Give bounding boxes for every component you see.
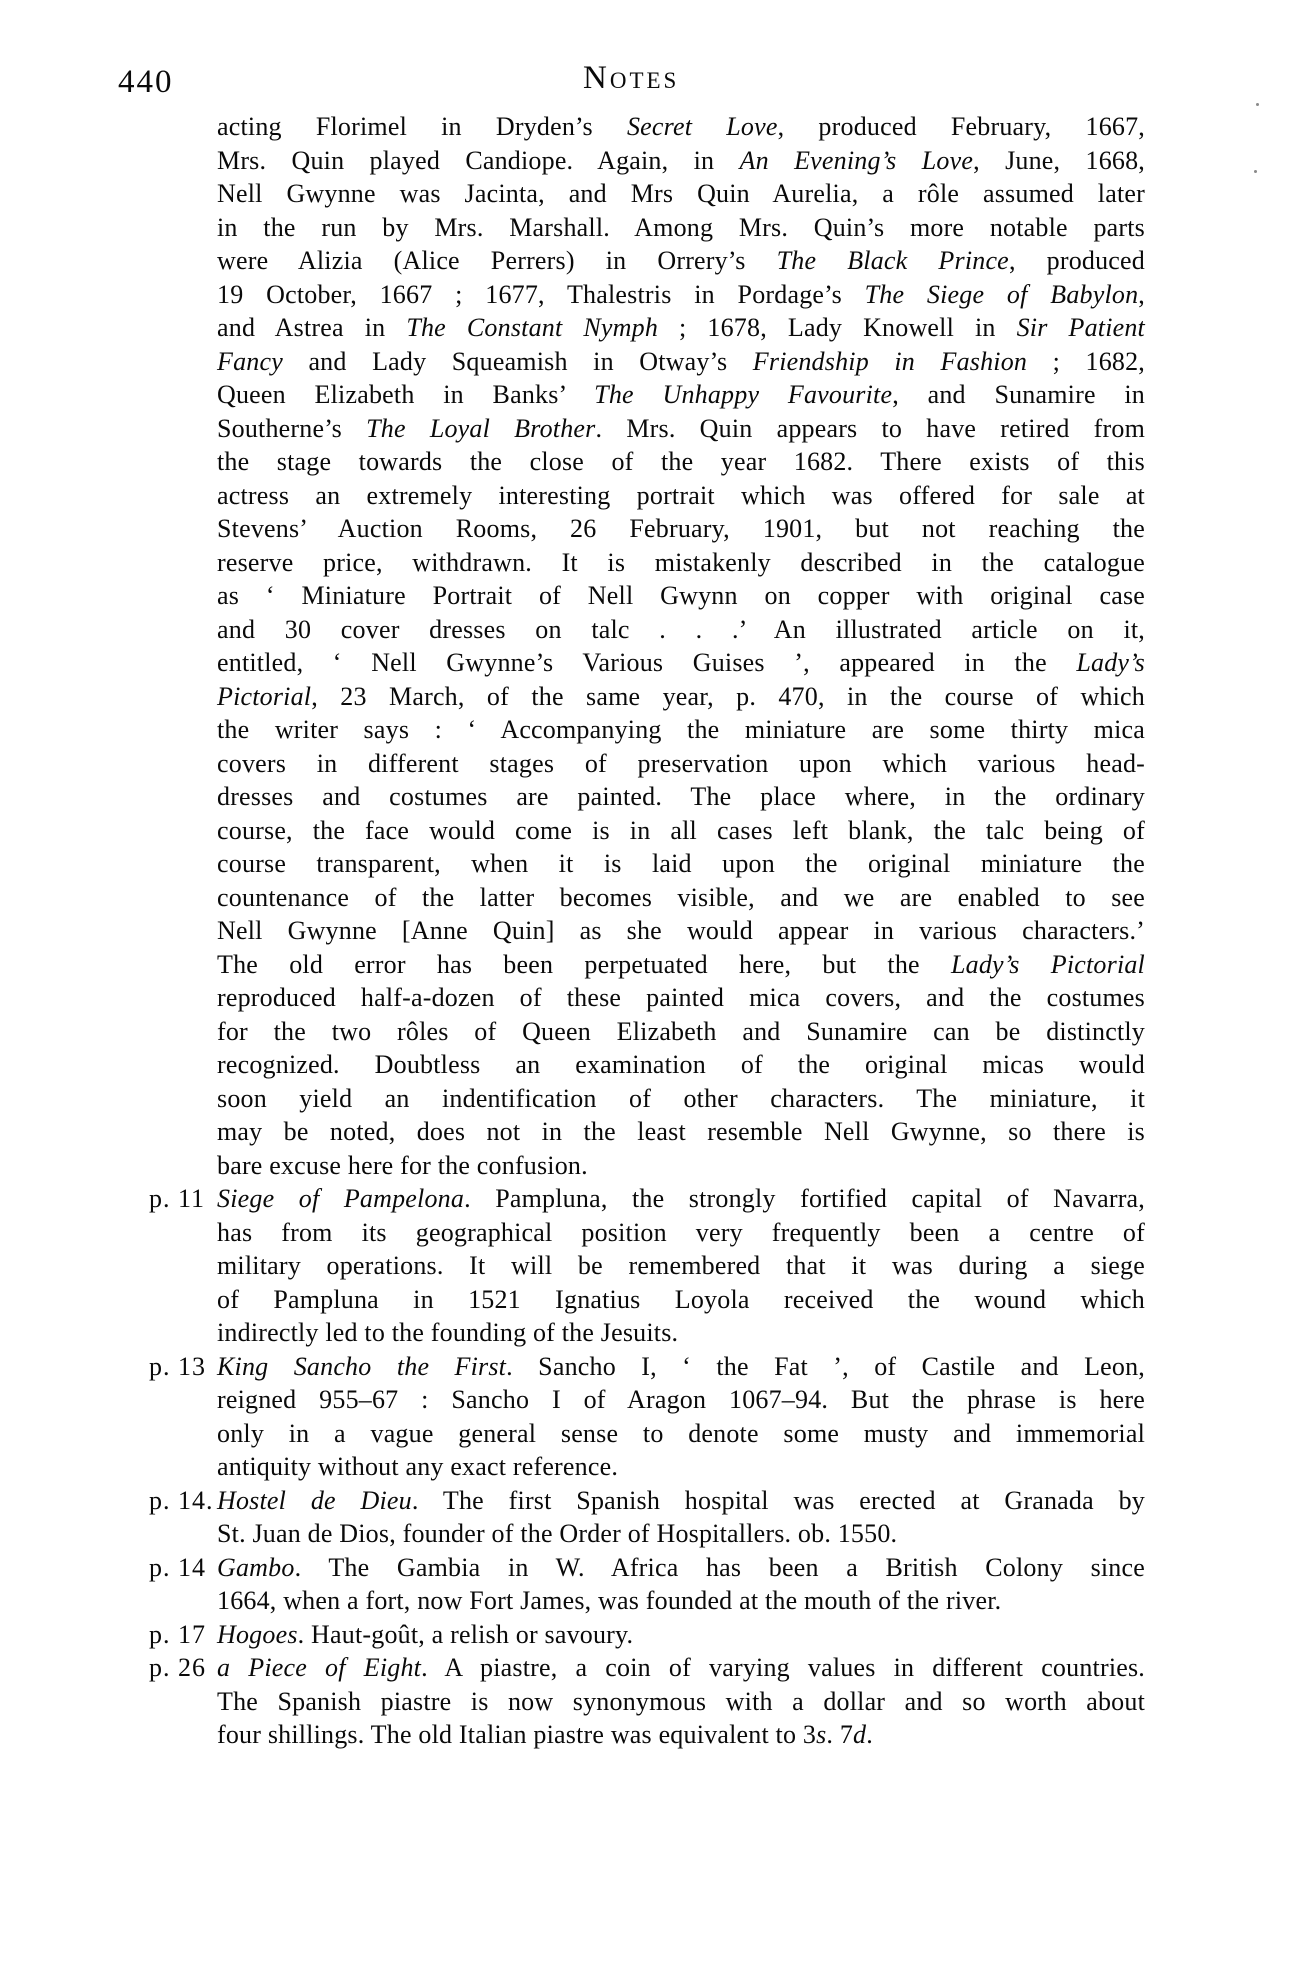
text-line: Fancy and Lady Squeamish in Otway’s Frie… [217,345,1145,379]
italic-text: Fancy [217,347,283,376]
italic-text: King Sancho the First [217,1352,506,1381]
italic-text: The Loyal Brother [366,414,595,443]
text-line: Pictorial, 23 March, of the same year, p… [217,680,1145,714]
plain-text: Nell Gwynne was Jacinta, and Mrs Quin Au… [217,179,1145,208]
note-entry: p. 26a Piece of Eight. A piastre, a coin… [217,1651,1145,1752]
text-line: antiquity without any exact reference. [217,1450,1145,1484]
plain-text: the writer says : ‘ Accompanying the min… [217,715,1145,744]
plain-text: . Mrs. Quin appears to have retired from [596,414,1146,443]
plain-text: . 7 [826,1720,853,1749]
plain-text: the stage towards the close of the year … [217,447,1145,476]
plain-text: Nell Gwynne [Anne Quin] as she would app… [217,916,1145,945]
text-line: military operations. It will be remember… [217,1249,1145,1283]
plain-text: Queen Elizabeth in Banks’ [217,380,594,409]
plain-text: entitled, ‘ Nell Gwynne’s Various Guises… [217,648,1076,677]
text-line: may be noted, does not in the least rese… [217,1115,1145,1149]
note-page-ref: p. 26 [149,1651,206,1685]
text-line: actress an extremely interesting portrai… [217,479,1145,513]
italic-text: d [853,1720,866,1749]
plain-text: acting Florimel in Dryden’s [217,112,627,141]
text-line: Nell Gwynne [Anne Quin] as she would app… [217,914,1145,948]
text-line: soon yield an indentification of other c… [217,1082,1145,1116]
italic-text: Hogoes [217,1620,298,1649]
plain-text: , and Sunamire in [892,380,1145,409]
plain-text: has from its geographical position very … [217,1218,1145,1247]
plain-text: . [866,1720,873,1749]
plain-text: . The first Spanish hospital was erected… [412,1486,1145,1515]
plain-text: . Haut-goût, a relish or savoury. [298,1620,634,1649]
text-line: course transparent, when it is laid upon… [217,847,1145,881]
text-line: and 30 cover dresses on talc . . .’ An i… [217,613,1145,647]
running-head: Notes [583,60,679,97]
text-line: the stage towards the close of the year … [217,445,1145,479]
italic-text: Siege of Pampelona [217,1184,464,1213]
text-line: the writer says : ‘ Accompanying the min… [217,713,1145,747]
plain-text: as ‘ Miniature Portrait of Nell Gwynn on… [217,581,1145,610]
plain-text: reproduced half-a-dozen of these painted… [217,983,1145,1012]
plain-text: . Pampluna, the strongly fortified capit… [464,1184,1145,1213]
plain-text: indirectly led to the founding of the Je… [217,1318,678,1347]
plain-text: in the run by Mrs. Marshall. Among Mrs. … [217,213,1145,242]
text-line: indirectly led to the founding of the Je… [217,1316,1145,1350]
note-entry: p. 17Hogoes. Haut-goût, a relish or savo… [217,1618,1145,1652]
plain-text: may be noted, does not in the least rese… [217,1117,1145,1146]
plain-text: soon yield an indentification of other c… [217,1084,1145,1113]
plain-text: , produced [1009,246,1145,275]
text-line: King Sancho the First. Sancho I, ‘ the F… [217,1350,1145,1384]
scan-speck [1254,170,1257,173]
italic-text: The Black Prince [777,246,1009,275]
text-line: Stevens’ Auction Rooms, 26 February, 190… [217,512,1145,546]
plain-text: , produced February, 1667, [778,112,1145,141]
plain-text: countenance of the latter becomes visibl… [217,883,1145,912]
note-entry: p. 14.Hostel de Dieu. The first Spanish … [217,1484,1145,1551]
italic-text: Secret Love [627,112,778,141]
text-line: and Astrea in The Constant Nymph ; 1678,… [217,311,1145,345]
text-line: for the two rôles of Queen Elizabeth and… [217,1015,1145,1049]
plain-text: 1664, when a fort, now Fort James, was f… [217,1586,1001,1615]
text-line: acting Florimel in Dryden’s Secret Love,… [217,110,1145,144]
text-line: recognized. Doubtless an examination of … [217,1048,1145,1082]
italic-text: The Siege of Babylon [865,280,1139,309]
text-line: 1664, when a fort, now Fort James, was f… [217,1584,1145,1618]
italic-text: Lady’s Pictorial [951,950,1145,979]
text-line: Southerne’s The Loyal Brother. Mrs. Quin… [217,412,1145,446]
page-number: 440 [118,64,174,101]
plain-text: for the two rôles of Queen Elizabeth and… [217,1017,1145,1046]
note-entry: p. 14Gambo. The Gambia in W. Africa has … [217,1551,1145,1618]
plain-text: St. Juan de Dios, founder of the Order o… [217,1519,897,1548]
text-line: a Piece of Eight. A piastre, a coin of v… [217,1651,1145,1685]
plain-text: covers in different stages of preservati… [217,749,1145,778]
plain-text: . Sancho I, ‘ the Fat ’, of Castile and … [506,1352,1145,1381]
note-page-ref: p. 11 [149,1182,205,1216]
plain-text: four shillings. The old Italian piastre … [217,1720,816,1749]
text-line: The old error has been perpetuated here,… [217,948,1145,982]
text-line: in the run by Mrs. Marshall. Among Mrs. … [217,211,1145,245]
text-line: four shillings. The old Italian piastre … [217,1718,1145,1752]
text-line: reigned 955–67 : Sancho I of Aragon 1067… [217,1383,1145,1417]
italic-text: Pictorial [217,682,311,711]
text-line: The Spanish piastre is now synonymous wi… [217,1685,1145,1719]
plain-text: bare excuse here for the confusion. [217,1151,588,1180]
plain-text: actress an extremely interesting portrai… [217,481,1145,510]
text-line: 19 October, 1667 ; 1677, Thalestris in P… [217,278,1145,312]
text-line: St. Juan de Dios, founder of the Order o… [217,1517,1145,1551]
note-page-ref: p. 14 [149,1551,206,1585]
text-line: of Pampluna in 1521 Ignatius Loyola rece… [217,1283,1145,1317]
text-line: Mrs. Quin played Candiope. Again, in An … [217,144,1145,178]
text-line: Siege of Pampelona. Pampluna, the strong… [217,1182,1145,1216]
text-line: Queen Elizabeth in Banks’ The Unhappy Fa… [217,378,1145,412]
plain-text: dresses and costumes are painted. The pl… [217,782,1145,811]
plain-text: course, the face would come is in all ca… [217,816,1145,845]
text-line: countenance of the latter becomes visibl… [217,881,1145,915]
plain-text: reigned 955–67 : Sancho I of Aragon 1067… [217,1385,1145,1414]
plain-text: recognized. Doubtless an examination of … [217,1050,1145,1079]
text-line: bare excuse here for the confusion. [217,1149,1145,1183]
book-page: 440 Notes acting Florimel in Dryden’s Se… [0,0,1297,1967]
plain-text: only in a vague general sense to denote … [217,1419,1145,1448]
text-line: Hostel de Dieu. The first Spanish hospit… [217,1484,1145,1518]
text-line: entitled, ‘ Nell Gwynne’s Various Guises… [217,646,1145,680]
text-line: course, the face would come is in all ca… [217,814,1145,848]
text-line: as ‘ Miniature Portrait of Nell Gwynn on… [217,579,1145,613]
italic-text: Friendship in Fashion [753,347,1027,376]
plain-text: . The Gambia in W. Africa has been a Bri… [295,1553,1145,1582]
plain-text: , [1138,280,1145,309]
text-line: reproduced half-a-dozen of these painted… [217,981,1145,1015]
note-entry: p. 13King Sancho the First. Sancho I, ‘ … [217,1350,1145,1484]
text-line: Nell Gwynne was Jacinta, and Mrs Quin Au… [217,177,1145,211]
plain-text: were Alizia (Alice Perrers) in Orrery’s [217,246,777,275]
plain-text: . A piastre, a coin of varying values in… [421,1653,1145,1682]
text-line: has from its geographical position very … [217,1216,1145,1250]
text-line: were Alizia (Alice Perrers) in Orrery’s … [217,244,1145,278]
plain-text: Southerne’s [217,414,366,443]
plain-text: Mrs. Quin played Candiope. Again, in [217,146,740,175]
continuation-paragraph: acting Florimel in Dryden’s Secret Love,… [217,110,1145,1182]
note-page-ref: p. 13 [149,1350,206,1384]
text-line: reserve price, withdrawn. It is mistaken… [217,546,1145,580]
notes-entries: p. 11Siege of Pampelona. Pampluna, the s… [217,1182,1145,1752]
plain-text: and Lady Squeamish in Otway’s [283,347,753,376]
italic-text: An Evening’s Love [740,146,974,175]
plain-text: , 23 March, of the same year, p. 470, in… [311,682,1145,711]
text-line: only in a vague general sense to denote … [217,1417,1145,1451]
plain-text: antiquity without any exact reference. [217,1452,618,1481]
plain-text: and Astrea in [217,313,406,342]
plain-text: and 30 cover dresses on talc . . .’ An i… [217,615,1145,644]
text-line: dresses and costumes are painted. The pl… [217,780,1145,814]
note-entry: p. 11Siege of Pampelona. Pampluna, the s… [217,1182,1145,1350]
plain-text: The Spanish piastre is now synonymous wi… [217,1687,1145,1716]
italic-text: Gambo [217,1553,295,1582]
italic-text: Sir Patient [1017,313,1145,342]
italic-text: s [816,1720,826,1749]
plain-text: ; 1678, Lady Knowell in [658,313,1017,342]
text-block: acting Florimel in Dryden’s Secret Love,… [217,110,1145,1752]
note-page-ref: p. 14. [149,1484,214,1518]
plain-text: , June, 1668, [973,146,1145,175]
italic-text: Hostel de Dieu [217,1486,412,1515]
text-line: Gambo. The Gambia in W. Africa has been … [217,1551,1145,1585]
italic-text: The Constant Nymph [406,313,658,342]
text-line: covers in different stages of preservati… [217,747,1145,781]
plain-text: ; 1682, [1027,347,1145,376]
note-page-ref: p. 17 [149,1618,206,1652]
italic-text: The Unhappy Favourite [594,380,892,409]
plain-text: course transparent, when it is laid upon… [217,849,1145,878]
plain-text: The old error has been perpetuated here,… [217,950,951,979]
plain-text: of Pampluna in 1521 Ignatius Loyola rece… [217,1285,1145,1314]
italic-text: Lady’s [1076,648,1145,677]
scan-speck [1256,103,1259,106]
italic-text: a Piece of Eight [217,1653,421,1682]
plain-text: military operations. It will be remember… [217,1251,1145,1280]
text-line: Hogoes. Haut-goût, a relish or savoury. [217,1618,1145,1652]
plain-text: 19 October, 1667 ; 1677, Thalestris in P… [217,280,865,309]
plain-text: Stevens’ Auction Rooms, 26 February, 190… [217,514,1145,543]
plain-text: reserve price, withdrawn. It is mistaken… [217,548,1145,577]
